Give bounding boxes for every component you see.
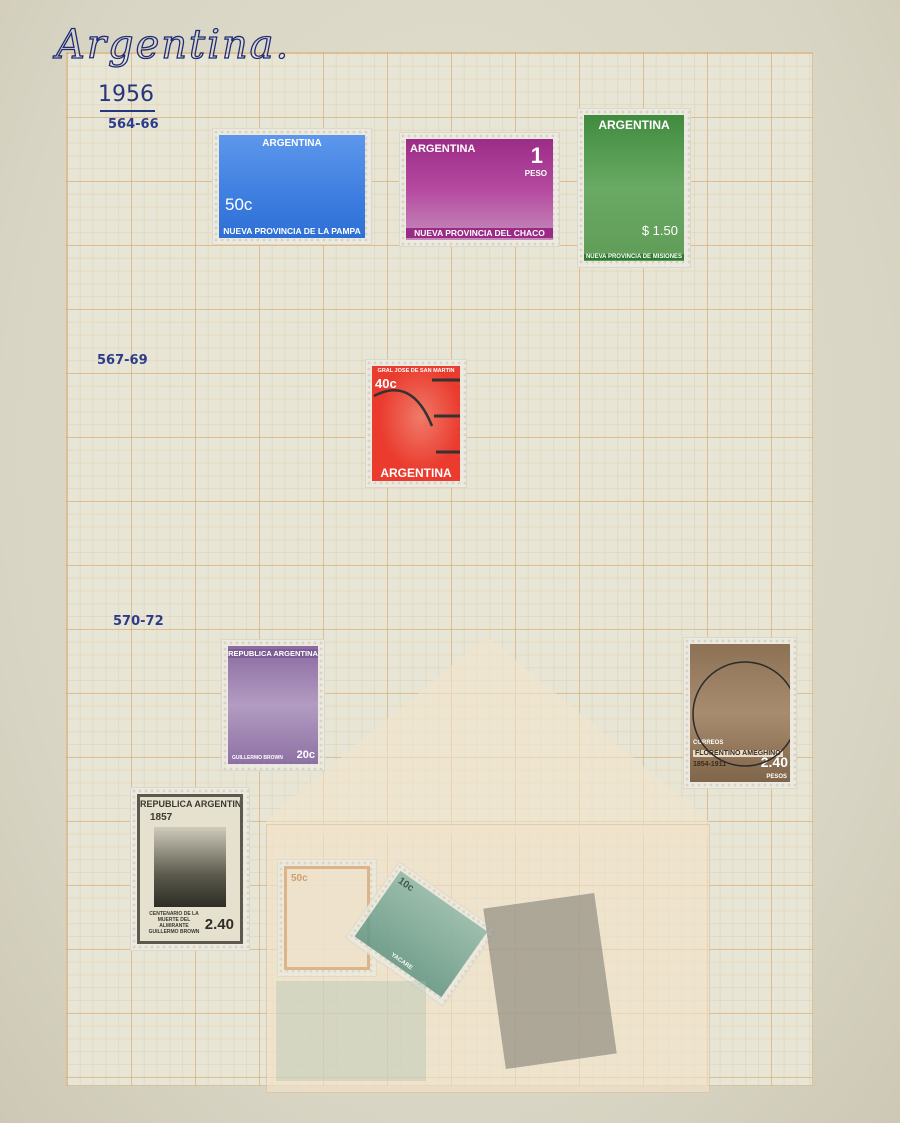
album-page: Argentina. 1956 564-66 567-69 570-72 ARG… [0, 0, 900, 1123]
country-heading: Argentina. [56, 22, 290, 68]
catalog-range-3: 570-72 [113, 614, 164, 629]
stamp-caption: NUEVA PROVINCIA DE MISIONES [584, 254, 684, 260]
year-heading: 1956 [98, 82, 154, 107]
envelope-stamp-green[interactable] [276, 981, 426, 1081]
catalog-range-1: 564-66 [108, 117, 159, 132]
stamp-value: 50c [225, 195, 252, 215]
stamp-brown-centenary[interactable]: REPUBLICA ARGENTINA 1857 2.40 CENTENARIO… [131, 788, 249, 950]
stamp-misiones[interactable]: ARGENTINA $ 1.50 NUEVA PROVINCIA DE MISI… [578, 109, 690, 267]
catalog-range-2: 567-69 [97, 353, 148, 368]
stamp-value: 2.40 [205, 916, 234, 933]
stamp-la-pampa[interactable]: ARGENTINA 50c NUEVA PROVINCIA DE LA PAMP… [213, 129, 371, 244]
stamp-caption: NUEVA PROVINCIA DE LA PAMPA [219, 226, 365, 236]
year-underline [100, 110, 155, 112]
stamp-value: 1 [531, 143, 543, 169]
glassine-envelope[interactable]: 50c 10c YACARE [266, 636, 708, 1091]
stamp-chaco[interactable]: ARGENTINA 1 PESO NUEVA PROVINCIA DEL CHA… [400, 133, 559, 246]
portrait [154, 827, 226, 907]
stamp-value: 10c [396, 876, 416, 895]
stamp-country: ARGENTINA [584, 118, 684, 132]
envelope-flap [266, 636, 708, 836]
stamp-san-martin[interactable]: GRAL JOSE DE SAN MARTIN 40c ARGENTINA [366, 360, 466, 487]
stamp-country: ARGENTINA [410, 143, 475, 155]
stamp-caption: NUEVA PROVINCIA DEL CHACO [406, 228, 553, 238]
envelope-stamp-gray[interactable] [483, 893, 616, 1069]
stamp-country: ARGENTINA [219, 138, 365, 149]
stamp-unit: PESO [525, 169, 547, 178]
stamp-country: REPUBLICA ARGENTINA [140, 799, 240, 809]
stamp-caption: CENTENARIO DE LA MUERTE DEL ALMIRANTE GU… [148, 911, 200, 935]
stamp-value: 50c [291, 873, 308, 884]
stamp-value: $ 1.50 [642, 223, 678, 238]
stamp-year: 1857 [150, 812, 172, 823]
postmark-icon [372, 366, 460, 481]
